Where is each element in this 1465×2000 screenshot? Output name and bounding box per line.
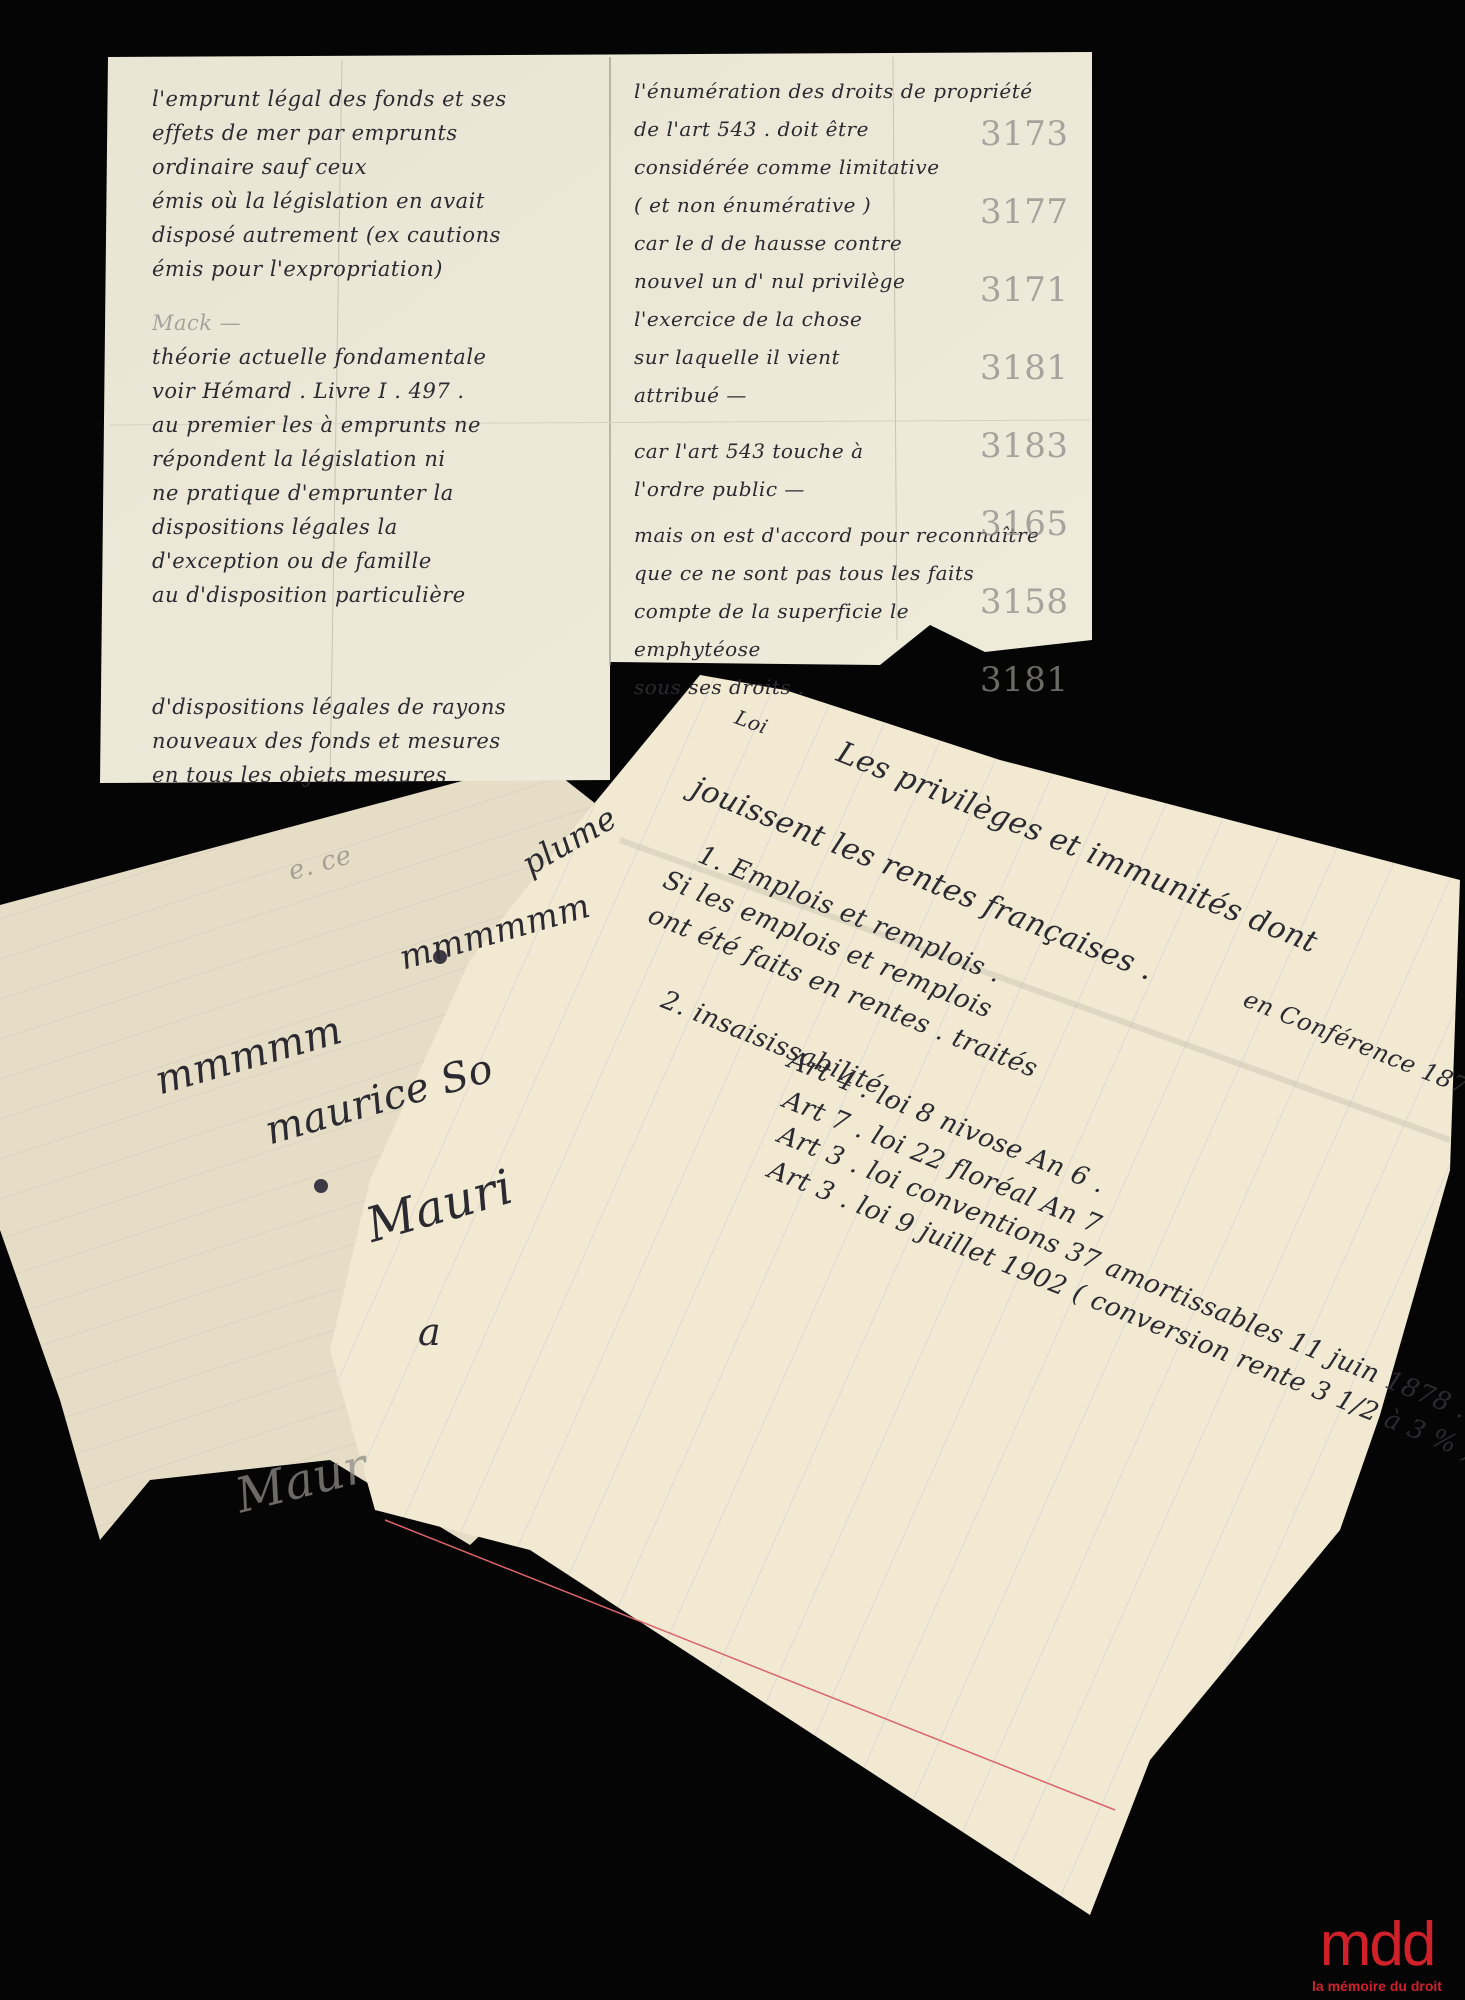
pencil-number: 3181 bbox=[980, 641, 1069, 719]
hw-line: ne pratique d'emprunter la bbox=[152, 476, 507, 510]
hw-line: emphytéose bbox=[634, 630, 1039, 668]
hw-line: voir Hémard . Livre I . 497 . bbox=[152, 374, 507, 408]
hw-line: nouveaux des fonds et mesures bbox=[152, 724, 507, 758]
hw-line: au d'disposition particulière bbox=[152, 578, 507, 612]
pencil-numbers: 3173 3177 3171 3181 3183 3165 3158 3181 bbox=[980, 95, 1069, 719]
mdd-logo: mdd la mémoire du droit bbox=[1297, 1914, 1457, 1994]
hw-line: compte de la superficie le bbox=[634, 592, 1039, 630]
hw-line: mais on est d'accord pour reconnaître bbox=[634, 516, 1039, 554]
hw-line: sur laquelle il vient bbox=[634, 338, 1039, 376]
hw-line: sous ses droits . bbox=[634, 668, 1039, 706]
hw-line: car le d de hausse contre bbox=[634, 224, 1039, 262]
hw-line: l'emprunt légal des fonds et ses bbox=[152, 82, 507, 116]
ink-blot bbox=[314, 1179, 328, 1193]
hw-line: dispositions légales la bbox=[152, 510, 507, 544]
hw-line: attribué — bbox=[634, 376, 1039, 414]
hw-line: a bbox=[418, 1310, 441, 1354]
pencil-number: 3158 bbox=[980, 563, 1069, 641]
hw-line: théorie actuelle fondamentale bbox=[152, 340, 507, 374]
logo-tagline: la mémoire du droit bbox=[1297, 1978, 1457, 1994]
hw-line: d'exception ou de famille bbox=[152, 544, 507, 578]
hw-line: car l'art 543 touche à bbox=[634, 432, 1039, 470]
hw-line: l'ordre public — bbox=[634, 470, 1039, 508]
document-photo: l'emprunt légal des fonds et ses effets … bbox=[0, 0, 1465, 2000]
pencil-number: 3183 bbox=[980, 407, 1069, 485]
pencil-number: 3173 bbox=[980, 95, 1069, 173]
hw-line: d'dispositions légales de rayons bbox=[152, 690, 507, 724]
hw-line: que ce ne sont pas tous les faits bbox=[634, 554, 1039, 592]
hw-line: au premier les à emprunts ne bbox=[152, 408, 507, 442]
top-left-text: l'emprunt légal des fonds et ses effets … bbox=[152, 82, 507, 792]
pencil-number: 3165 bbox=[980, 485, 1069, 563]
hw-line: émis où la législation en avait bbox=[152, 184, 507, 218]
hw-line: l'exercice de la chose bbox=[634, 300, 1039, 338]
left-sheet-text: a bbox=[418, 1310, 441, 1354]
hw-line: répondent la législation ni bbox=[152, 442, 507, 476]
hw-line: de l'art 543 . doit être bbox=[634, 110, 1039, 148]
pencil-number: 3171 bbox=[980, 251, 1069, 329]
hw-line: ( et non énumérative ) bbox=[634, 186, 1039, 224]
hw-line: disposé autrement (ex cautions bbox=[152, 218, 507, 252]
hw-line: considérée comme limitative bbox=[634, 148, 1039, 186]
hw-line: émis pour l'expropriation) bbox=[152, 252, 507, 286]
hw-line: ordinaire sauf ceux bbox=[152, 150, 507, 184]
top-right-text: l'énumération des droits de propriété de… bbox=[634, 72, 1039, 706]
hw-line: en tous les objets mesures bbox=[152, 758, 507, 792]
logo-mark: mdd bbox=[1297, 1914, 1457, 1976]
hw-line: nouvel un d' nul privilège bbox=[634, 262, 1039, 300]
hw-line: effets de mer par emprunts bbox=[152, 116, 507, 150]
hw-line: l'énumération des droits de propriété bbox=[634, 72, 1039, 110]
pencil-number: 3177 bbox=[980, 173, 1069, 251]
hw-line: Mack — bbox=[152, 306, 507, 340]
pencil-number: 3181 bbox=[980, 329, 1069, 407]
